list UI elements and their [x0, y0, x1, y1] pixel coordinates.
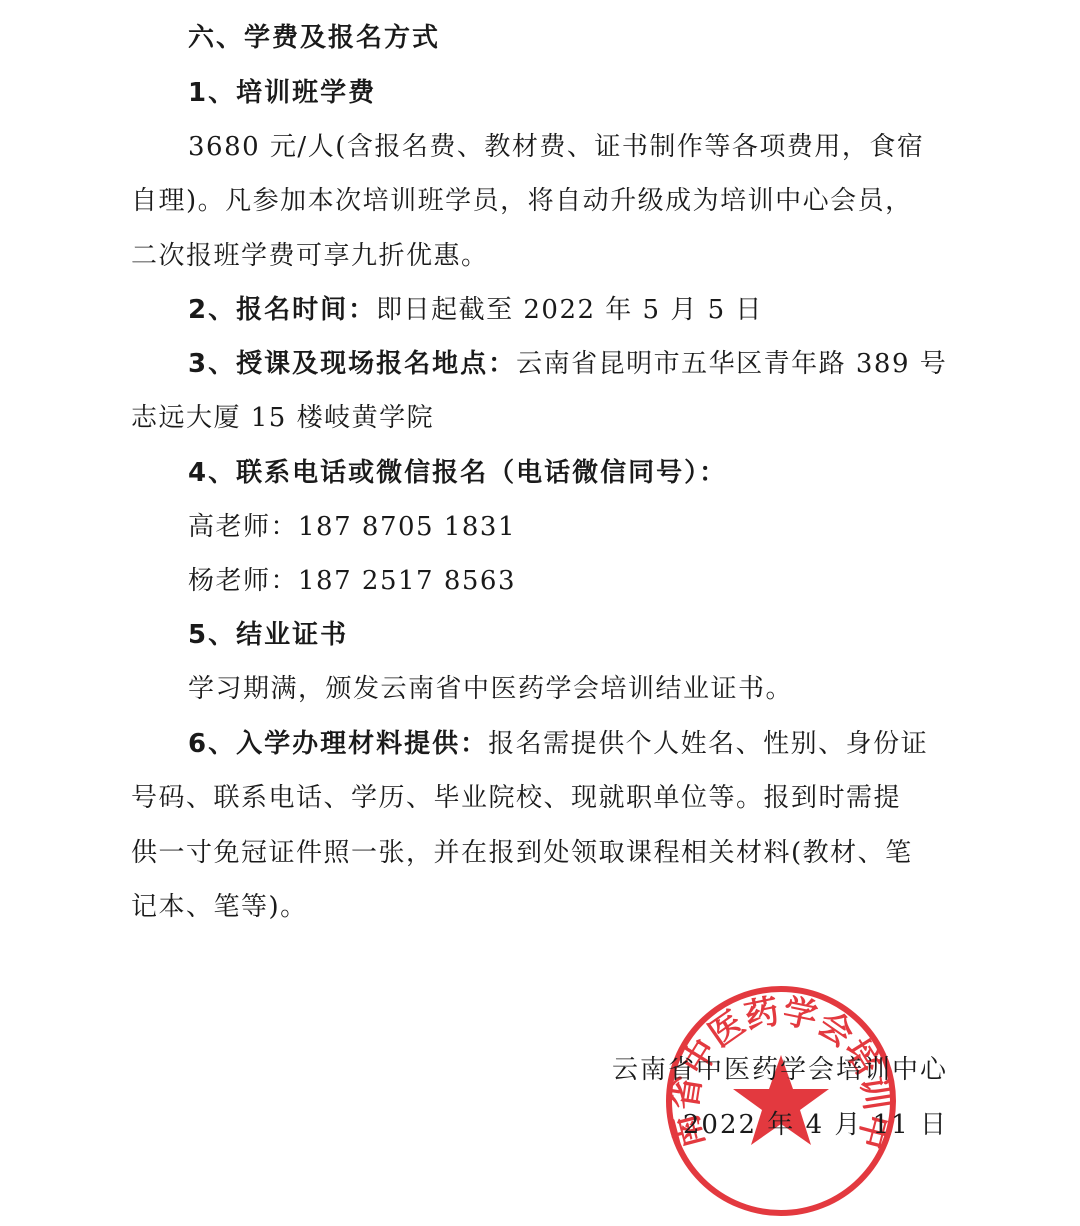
official-seal: 云南省中医药学会培训中心: [663, 983, 899, 1219]
contact-name: 高老师：: [188, 512, 298, 542]
materials: 6、入学办理材料提供：报名需提供个人姓名、性别、身份证: [188, 727, 1008, 761]
materials-line-2: 号码、联系电话、学历、毕业院校、现就职单位等。报到时需提: [131, 781, 951, 815]
contact-gao: 高老师：187 8705 1831: [188, 510, 1008, 544]
certificate-text: 学习期满，颁发云南省中医药学会培训结业证书。: [188, 672, 1008, 706]
location-value-line-1: 云南省昆明市五华区青年路 389 号: [516, 349, 947, 379]
contact-phone: 187 2517 8563: [298, 566, 516, 596]
signature-date: 2022 年 4 月 11 日: [683, 1108, 948, 1142]
materials-line-4: 记本、笔等)。: [131, 890, 951, 924]
fee-line-2: 自理)。凡参加本次培训班学员，将自动升级成为培训中心会员，: [131, 184, 951, 218]
contact-name: 杨老师：: [188, 566, 298, 596]
contact-phone: 187 8705 1831: [298, 512, 516, 542]
document-page: 六、学费及报名方式 1、培训班学费 3680 元/人(含报名费、教材费、证书制作…: [0, 0, 1080, 1226]
registration-time: 2、报名时间：即日起截至 2022 年 5 月 5 日: [188, 293, 1008, 327]
fee-line-1: 3680 元/人(含报名费、教材费、证书制作等各项费用，食宿: [188, 130, 1008, 164]
contact-heading: 4、联系电话或微信报名（电话微信同号）：: [188, 456, 1008, 490]
fee-line-3: 二次报班学费可享九折优惠。: [131, 239, 951, 273]
location-value-line-2: 志远大厦 15 楼岐黄学院: [131, 401, 951, 435]
materials-line-3: 供一寸免冠证件照一张，并在报到处领取课程相关材料(教材、笔: [131, 836, 951, 870]
materials-label: 6、入学办理材料提供：: [188, 729, 488, 759]
registration-time-label: 2、报名时间：: [188, 295, 376, 325]
registration-time-value: 即日起截至 2022 年 5 月 5 日: [376, 295, 763, 325]
location: 3、授课及现场报名地点：云南省昆明市五华区青年路 389 号: [188, 347, 1008, 381]
materials-value-line-1: 报名需提供个人姓名、性别、身份证: [488, 729, 928, 759]
contact-yang: 杨老师：187 2517 8563: [188, 564, 1008, 598]
certificate-heading: 5、结业证书: [188, 618, 1008, 652]
section-title: 六、学费及报名方式: [188, 21, 1008, 55]
fee-heading: 1、培训班学费: [188, 76, 1008, 110]
location-label: 3、授课及现场报名地点：: [188, 349, 516, 379]
signature-organization: 云南省中医药学会培训中心: [612, 1053, 948, 1087]
